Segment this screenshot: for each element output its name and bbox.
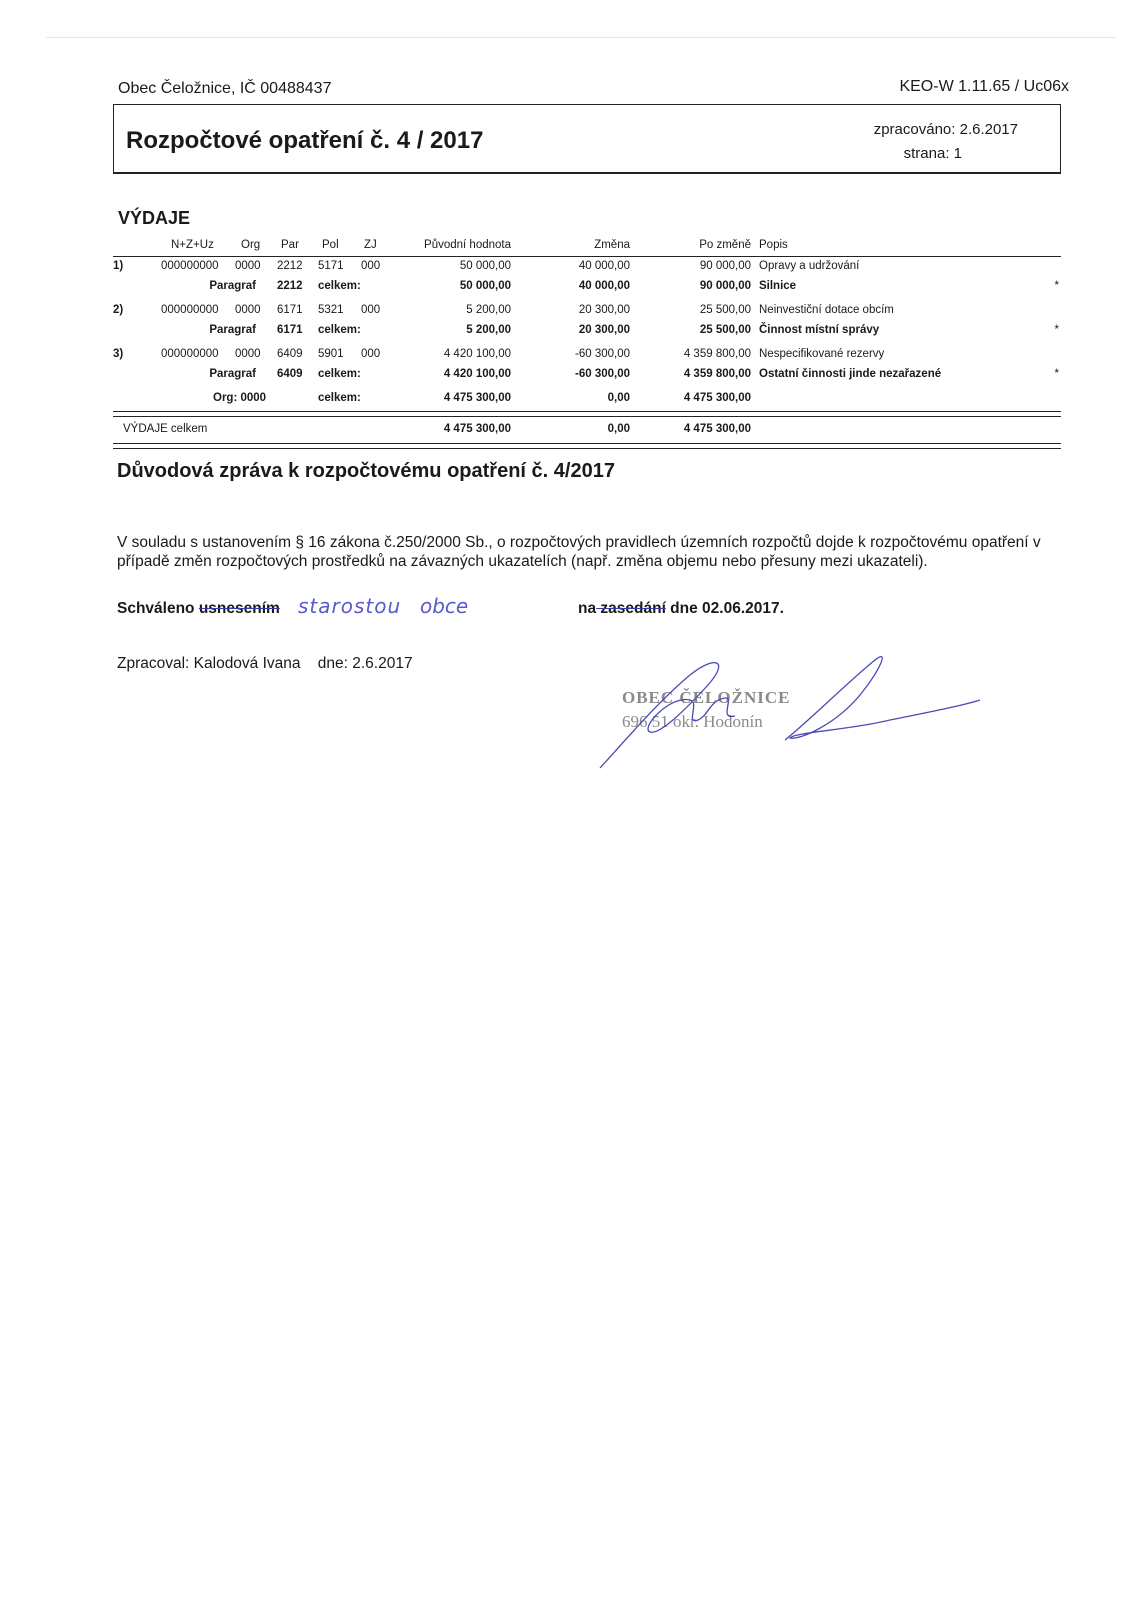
table-header: N+Z+Uz Org Par Pol ZJ Původní hodnota Zm… [113, 236, 1061, 257]
col-org: Org [241, 239, 260, 251]
subtotal-row: Paragraf 6171 celkem: 5 200,00 20 300,00… [113, 321, 1061, 341]
approval-date: na zasedání dne 02.06.2017. [578, 600, 784, 618]
col-zj: ZJ [364, 239, 377, 251]
subtotal-desc: Činnost místní správy [759, 324, 879, 336]
subtotal-celkem: celkem: [318, 280, 361, 292]
cell-org: 0000 [235, 260, 261, 272]
table-row: 1) 000000000 0000 2212 5171 000 50 000,0… [113, 257, 1061, 277]
approval-line: Schváleno usnesením [117, 600, 280, 618]
subtotal-label: Paragraf [209, 280, 256, 292]
handwritten-text: obce [420, 594, 468, 618]
col-desc: Popis [759, 239, 788, 251]
cell-zj: 000 [361, 348, 380, 360]
row-number: 2) [113, 304, 123, 316]
subtotal-desc: Silnice [759, 280, 796, 292]
cell-zj: 000 [361, 304, 380, 316]
subtotal-celkem: celkem: [318, 324, 361, 336]
cell-nzu: 000000000 [161, 260, 219, 272]
grand-total-row: VÝDAJE celkem 4 475 300,00 0,00 4 475 30… [113, 417, 1061, 439]
struck-text: zasedání [596, 600, 666, 617]
cell-par: 2212 [277, 260, 303, 272]
subtotal-original: 50 000,00 [460, 280, 511, 292]
col-pol: Pol [322, 239, 339, 251]
cell-desc: Neinvestiční dotace obcím [759, 304, 894, 316]
cell-after: 25 500,00 [700, 304, 751, 316]
organization: Obec Čeložnice, IČ 00488437 [118, 80, 331, 98]
col-after: Po změně [699, 239, 751, 251]
cell-par: 6409 [277, 348, 303, 360]
org-total-label: Org: 0000 [213, 392, 266, 404]
col-change: Změna [594, 239, 630, 251]
cell-desc: Nespecifikované rezervy [759, 348, 884, 360]
double-divider [113, 443, 1061, 449]
signature-icon [590, 640, 990, 780]
title-box: Rozpočtové opatření č. 4 / 2017 zpracová… [113, 104, 1061, 174]
subtotal-after: 4 359 800,00 [684, 368, 751, 380]
col-original: Původní hodnota [424, 239, 511, 251]
subtotal-par: 2212 [277, 280, 303, 292]
cell-after: 90 000,00 [700, 260, 751, 272]
org-total-original: 4 475 300,00 [444, 392, 511, 404]
cell-original: 4 420 100,00 [444, 348, 511, 360]
subtotal-label: Paragraf [209, 368, 256, 380]
prepared-by: Zpracoval: Kalodová Ivana dne: 2.6.2017 [117, 655, 413, 673]
asterisk-mark: * [1055, 324, 1059, 336]
cell-after: 4 359 800,00 [684, 348, 751, 360]
grand-total-original: 4 475 300,00 [444, 423, 511, 435]
cell-nzu: 000000000 [161, 304, 219, 316]
org-total-row: Org: 0000 celkem: 4 475 300,00 0,00 4 47… [113, 389, 1061, 409]
asterisk-mark: * [1055, 368, 1059, 380]
cell-par: 6171 [277, 304, 303, 316]
reason-title: Důvodová zpráva k rozpočtovému opatření … [117, 460, 615, 483]
scan-edge-line [46, 37, 1116, 38]
subtotal-original: 4 420 100,00 [444, 368, 511, 380]
asterisk-mark: * [1055, 280, 1059, 292]
table-row: 3) 000000000 0000 6409 5901 000 4 420 10… [113, 345, 1061, 365]
org-total-change: 0,00 [608, 392, 630, 404]
subtotal-row: Paragraf 2212 celkem: 50 000,00 40 000,0… [113, 277, 1061, 297]
subtotal-row: Paragraf 6409 celkem: 4 420 100,00 -60 3… [113, 365, 1061, 385]
subtotal-change: -60 300,00 [575, 368, 630, 380]
org-total-after: 4 475 300,00 [684, 392, 751, 404]
subtotal-original: 5 200,00 [466, 324, 511, 336]
cell-desc: Opravy a udržování [759, 260, 859, 272]
approval-prefix: Schváleno [117, 600, 199, 617]
cell-original: 5 200,00 [466, 304, 511, 316]
col-par: Par [281, 239, 299, 251]
page-number: strana: 1 [904, 145, 962, 162]
subtotal-par: 6171 [277, 324, 303, 336]
cell-change: 40 000,00 [579, 260, 630, 272]
cell-pol: 5321 [318, 304, 344, 316]
cell-pol: 5171 [318, 260, 344, 272]
grand-total-label: VÝDAJE celkem [123, 423, 207, 435]
approval-na: na [578, 600, 596, 617]
table-row: 2) 000000000 0000 6171 5321 000 5 200,00… [113, 301, 1061, 321]
reason-text: V souladu s ustanovením § 16 zákona č.25… [117, 533, 1077, 571]
col-nzu: N+Z+Uz [171, 239, 214, 251]
handwritten-text: starostou [298, 594, 401, 618]
cell-change: 20 300,00 [579, 304, 630, 316]
subtotal-par: 6409 [277, 368, 303, 380]
approval-suffix: dne 02.06.2017. [666, 600, 784, 617]
org-total-celkem: celkem: [318, 392, 361, 404]
subtotal-celkem: celkem: [318, 368, 361, 380]
grand-total-after: 4 475 300,00 [684, 423, 751, 435]
cell-org: 0000 [235, 348, 261, 360]
cell-pol: 5901 [318, 348, 344, 360]
processed-date: zpracováno: 2.6.2017 [874, 121, 1018, 138]
subtotal-desc: Ostatní činnosti jinde nezařazené [759, 368, 941, 380]
subtotal-after: 90 000,00 [700, 280, 751, 292]
subtotal-label: Paragraf [209, 324, 256, 336]
cell-zj: 000 [361, 260, 380, 272]
cell-nzu: 000000000 [161, 348, 219, 360]
grand-total-change: 0,00 [608, 423, 630, 435]
struck-text: usnesením [199, 600, 280, 617]
subtotal-change: 20 300,00 [579, 324, 630, 336]
software-version: KEO-W 1.11.65 / Uc06x [899, 78, 1069, 96]
cell-original: 50 000,00 [460, 260, 511, 272]
row-number: 3) [113, 348, 123, 360]
budget-table: N+Z+Uz Org Par Pol ZJ Původní hodnota Zm… [113, 236, 1061, 449]
row-number: 1) [113, 260, 123, 272]
subtotal-change: 40 000,00 [579, 280, 630, 292]
cell-org: 0000 [235, 304, 261, 316]
cell-change: -60 300,00 [575, 348, 630, 360]
subtotal-after: 25 500,00 [700, 324, 751, 336]
section-title: VÝDAJE [118, 208, 190, 229]
document-title: Rozpočtové opatření č. 4 / 2017 [126, 127, 483, 155]
